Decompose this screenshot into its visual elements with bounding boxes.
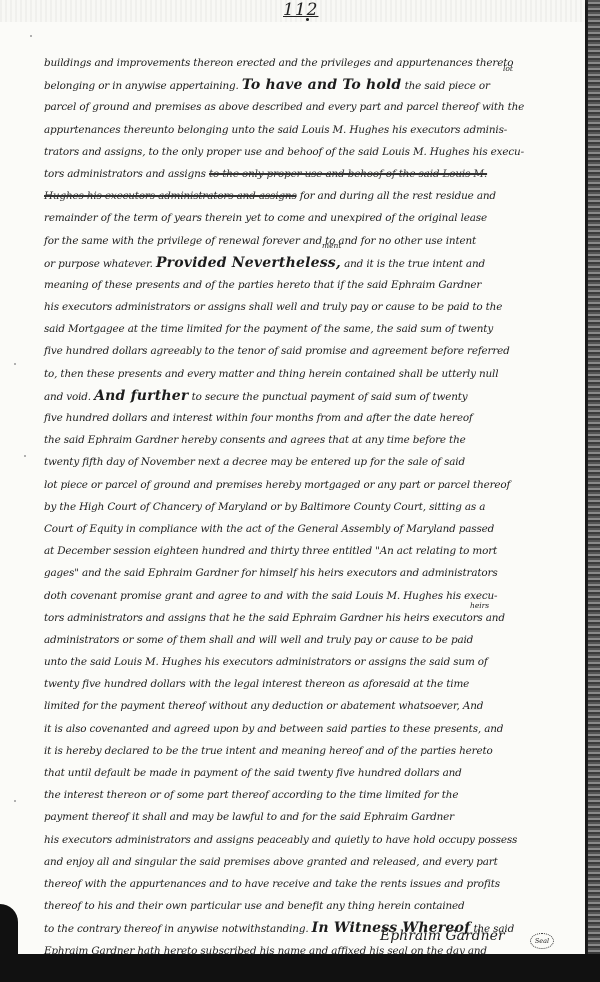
text-line: tors administrators and assigns to the o… [44, 163, 564, 185]
text-line: and void. And further to secure the punc… [44, 385, 564, 407]
text-line: thereof to his and their own particular … [44, 895, 564, 917]
text-line: trators and assigns, to the only proper … [44, 141, 564, 163]
line-text: the said Ephraim Gardner hereby consents… [44, 434, 466, 446]
line-text: the interest thereon or of some part the… [44, 789, 458, 801]
line-text: by the High Court of Chancery of Marylan… [44, 501, 485, 513]
text-line: Court of Equity in compliance with the a… [44, 518, 564, 540]
struck-through-text: Hughes his executors administrators and … [44, 190, 297, 202]
ink-speck [14, 800, 16, 802]
text-line: thereof with the appurtenances and to ha… [44, 873, 564, 895]
deed-text: buildings and improvements thereon erect… [44, 52, 564, 982]
line-text: twenty fifth day of November next a decr… [44, 456, 465, 468]
line-text: gages" and the said Ephraim Gardner for … [44, 567, 498, 579]
text-line: tors administrators and assigns that he … [44, 607, 564, 629]
line-text: for the same with the privilege of renew… [44, 235, 476, 247]
line-text: to the contrary thereof in anywise notwi… [44, 923, 309, 935]
text-line: payment thereof it shall and may be lawf… [44, 806, 564, 828]
line-text: Court of Equity in compliance with the a… [44, 523, 494, 535]
text-line: twenty five hundred dollars with the leg… [44, 673, 564, 695]
line-text: for and during all the rest residue and [300, 190, 496, 202]
text-line: for the same with the privilege of renew… [44, 230, 564, 252]
further-heading: And further [94, 388, 188, 404]
line-text: belonging or in anywise appertaining. [44, 80, 239, 92]
text-line: buildings and improvements thereon erect… [44, 52, 564, 74]
book-binding-edge [588, 0, 600, 982]
line-text: his executors administrators or assigns … [44, 301, 502, 313]
line-text: limited for the payment thereof without … [44, 700, 483, 712]
line-text: that until default be made in payment of… [44, 767, 462, 779]
text-line: limited for the payment thereof without … [44, 695, 564, 717]
text-line: the said Ephraim Gardner hereby consents… [44, 429, 564, 451]
line-text: it is also covenanted and agreed upon by… [44, 723, 503, 735]
text-line: unto the said Louis M. Hughes his execut… [44, 651, 564, 673]
line-text: meaning of these presents and of the par… [44, 279, 481, 291]
line-text: parcel of ground and premises as above d… [44, 101, 524, 113]
line-text: or purpose whatever. [44, 258, 153, 270]
line-text: and it is the true intent and [344, 258, 485, 270]
scanned-page-viewport: 112 buildings and improvements thereon e… [0, 0, 600, 982]
page-number-dot [306, 18, 309, 21]
text-line: Hughes his executors administrators and … [44, 185, 564, 207]
text-line: his executors administrators and assigns… [44, 829, 564, 851]
line-text: thereof to his and their own particular … [44, 900, 465, 912]
text-line: or purpose whatever. Provided Neverthele… [44, 252, 564, 274]
text-line: belonging or in anywise appertaining. To… [44, 74, 564, 96]
interlineation: ment [322, 241, 341, 250]
line-text: unto the said Louis M. Hughes his execut… [44, 656, 488, 668]
text-line: said Mortgagee at the time limited for t… [44, 318, 564, 340]
line-text: trators and assigns, to the only proper … [44, 146, 524, 158]
text-line: five hundred dollars agreeably to the te… [44, 340, 564, 362]
line-text: remainder of the term of years therein y… [44, 212, 487, 224]
ink-speck [24, 455, 26, 457]
page-number: 112 [283, 0, 318, 20]
line-text: it is hereby declared to be the true int… [44, 745, 493, 757]
line-text: five hundred dollars and interest within… [44, 412, 473, 424]
struck-through-text: to the only proper use and behoof of the… [209, 168, 487, 180]
line-text: said Mortgagee at the time limited for t… [44, 323, 493, 335]
text-line: his executors administrators or assigns … [44, 296, 564, 318]
line-text: thereof with the appurtenances and to ha… [44, 878, 500, 890]
text-line: lot piece or parcel of ground and premis… [44, 474, 564, 496]
seal-icon: Seal [530, 933, 554, 949]
line-text: appurtenances thereunto belonging unto t… [44, 124, 507, 136]
proviso-heading: Provided Nevertheless, [156, 255, 341, 271]
text-line: five hundred dollars and interest within… [44, 407, 564, 429]
text-line: to, then these presents and every matter… [44, 363, 564, 385]
line-text: to secure the punctual payment of said s… [192, 391, 468, 403]
habendum-heading: To have and To hold [242, 77, 402, 93]
text-line: it is also covenanted and agreed upon by… [44, 718, 564, 740]
scan-shadow [0, 954, 600, 982]
interlineation: lot [503, 64, 513, 73]
line-text: and enjoy all and singular the said prem… [44, 856, 498, 868]
text-line: by the High Court of Chancery of Marylan… [44, 496, 564, 518]
text-line: appurtenances thereunto belonging unto t… [44, 119, 564, 141]
document-page: 112 buildings and improvements thereon e… [0, 0, 585, 968]
line-text: doth covenant promise grant and agree to… [44, 590, 497, 602]
line-text: the said piece or [405, 80, 490, 92]
line-text: and void. [44, 391, 91, 403]
signature: Ephraim Gardner [380, 928, 505, 944]
line-text: five hundred dollars agreeably to the te… [44, 345, 510, 357]
text-line: twenty fifth day of November next a decr… [44, 451, 564, 473]
line-text: lot piece or parcel of ground and premis… [44, 479, 510, 491]
text-line: parcel of ground and premises as above d… [44, 96, 564, 118]
line-text: twenty five hundred dollars with the leg… [44, 678, 469, 690]
line-text: payment thereof it shall and may be lawf… [44, 811, 454, 823]
line-text: buildings and improvements thereon erect… [44, 57, 513, 69]
text-line: that until default be made in payment of… [44, 762, 564, 784]
text-line: at December session eighteen hundred and… [44, 540, 564, 562]
text-line: and enjoy all and singular the said prem… [44, 851, 564, 873]
ink-speck [14, 363, 16, 365]
text-line: administrators or some of them shall and… [44, 629, 564, 651]
line-text: his executors administrators and assigns… [44, 834, 517, 846]
ink-speck [30, 35, 32, 37]
line-text: tors administrators and assigns that he … [44, 612, 505, 624]
text-line: it is hereby declared to be the true int… [44, 740, 564, 762]
text-line: meaning of these presents and of the par… [44, 274, 564, 296]
text-line: the interest thereon or of some part the… [44, 784, 564, 806]
line-text: administrators or some of them shall and… [44, 634, 473, 646]
line-text: tors administrators and assigns [44, 168, 206, 180]
interlineation: heirs [470, 601, 489, 610]
text-line: gages" and the said Ephraim Gardner for … [44, 562, 564, 584]
line-text: at December session eighteen hundred and… [44, 545, 497, 557]
text-line: remainder of the term of years therein y… [44, 207, 564, 229]
line-text: to, then these presents and every matter… [44, 368, 498, 380]
